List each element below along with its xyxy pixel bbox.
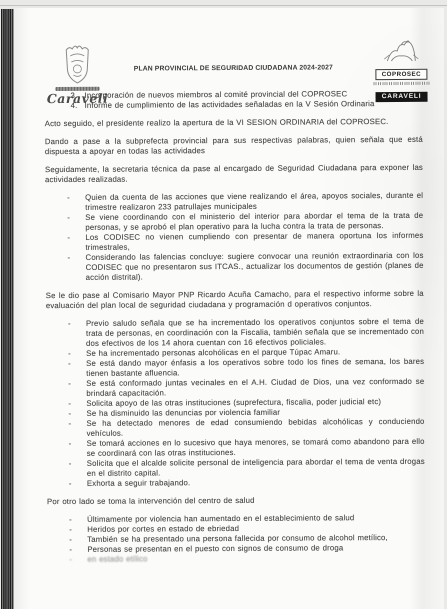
item-number: 4. [71, 101, 85, 111]
bullet-text: Se está dando mayor énfasis a los operat… [86, 357, 424, 379]
bullet-text: Se tomará acciones en lo sucesivo que ha… [87, 437, 425, 459]
bullet-text: Quien da cuenta de las acciones que vien… [85, 191, 423, 213]
page-stack-edge [1, 9, 14, 609]
bullet-item: -Solicita que el alcalde solicite person… [69, 457, 425, 479]
bullet-text: Los CODISEC no vienen cumpliendo con pre… [85, 231, 423, 253]
bullet-dash: - [68, 319, 86, 349]
coprosec-label: COPROSEC [376, 69, 427, 80]
document-page: Caraveli PLAN PROVINCIAL DE SEGURIDAD CI… [14, 8, 444, 609]
bullet-dash: - [67, 253, 85, 283]
bullet-dash: - [69, 459, 87, 479]
page-content: Caraveli PLAN PROVINCIAL DE SEGURIDAD CI… [14, 8, 444, 609]
bullet-dash: - [68, 349, 86, 359]
scan-border-line [0, 5, 447, 6]
bullet-text: Se viene coordinando con el ministerio d… [85, 211, 423, 233]
emblem-icon [381, 37, 421, 63]
bullet-item: -Previo saludo señala que se ha incremen… [68, 317, 424, 349]
bullet-text: Se está conformado juntas vecinales en e… [86, 377, 424, 399]
bullet-dash: - [69, 525, 87, 535]
paragraph: Por otro lado se toma la intervención de… [47, 495, 425, 507]
bullet-item: -Se está conformado juntas vecinales en … [68, 377, 424, 399]
bullet-dash: - [68, 379, 86, 399]
bullet-item: -Los CODISEC no vienen cumpliendo con pr… [67, 231, 423, 253]
bullet-dash: - [67, 193, 85, 213]
paragraph: Se le dio pase al Comisario Mayor PNP Ri… [46, 289, 424, 311]
bullet-list: -Previo saludo señala que se ha incremen… [46, 317, 425, 489]
bullet-dash: - [68, 359, 86, 379]
bullet-text: Considerando las falencias concluye: sug… [85, 251, 423, 283]
scanned-document: Caraveli PLAN PROVINCIAL DE SEGURIDAD CI… [0, 0, 447, 609]
bullet-dash: - [69, 555, 87, 565]
bullet-dash: - [68, 409, 86, 419]
bullet-text: Previo saludo señala que se ha increment… [86, 317, 424, 349]
bullet-dash: - [69, 479, 87, 489]
bullet-dash: - [67, 233, 85, 253]
numbered-item: 4.Informe de cumplimiento de las activid… [71, 99, 423, 111]
document-title: PLAN PROVINCIAL DE SEGURIDAD CIUDADANA 2… [102, 64, 364, 73]
paragraph: Seguidamente, la secretaria técnica da p… [45, 163, 423, 185]
bullet-dash: - [69, 439, 87, 459]
bullet-list: -Últimamente por violencia han aumentado… [47, 513, 425, 565]
bullet-item: -Se ha detectado menores de edad consumi… [69, 417, 425, 439]
cutoff-text: en estado etílico [87, 553, 425, 565]
crest-icon [62, 42, 92, 86]
bullet-item: -Exhorta a seguir trabajando. [69, 477, 425, 489]
bullet-text: Exhorta a seguir trabajando. [87, 477, 425, 489]
bullet-item: -Quien da cuenta de las acciones que vie… [67, 191, 423, 213]
item-number: 3. [71, 91, 85, 101]
paragraph: Dando a pase a la subprefecta provincial… [45, 135, 423, 157]
bullet-dash: - [68, 399, 86, 409]
bullet-text: Solicita que el alcalde solicite persona… [87, 457, 425, 479]
cutoff-line: -en estado etílico [69, 553, 425, 565]
numbered-list: 3.Incorporación de nuevos miembros al co… [45, 89, 423, 111]
bullet-dash: - [69, 515, 87, 525]
bullet-text: Se ha detectado menores de edad consumie… [87, 417, 425, 439]
bullet-item: -Considerando las falencias concluye: su… [67, 251, 423, 283]
bullet-dash: - [69, 535, 87, 545]
item-text: Informe de cumplimiento de las actividad… [85, 99, 423, 111]
bullet-dash: - [69, 545, 87, 555]
document-body: 3.Incorporación de nuevos miembros al co… [45, 89, 426, 565]
bullet-dash: - [69, 419, 87, 439]
bullet-list: -Quien da cuenta de las acciones que vie… [45, 191, 424, 283]
bullet-item: -Se tomará acciones en lo sucesivo que h… [69, 437, 425, 459]
bullet-item: -Se viene coordinando con el ministerio … [67, 211, 423, 233]
bullet-item: -Se está dando mayor énfasis a los opera… [68, 357, 424, 379]
bullet-dash: - [67, 213, 85, 233]
paragraph: Acto seguido, el presidente realizo la a… [45, 117, 423, 129]
